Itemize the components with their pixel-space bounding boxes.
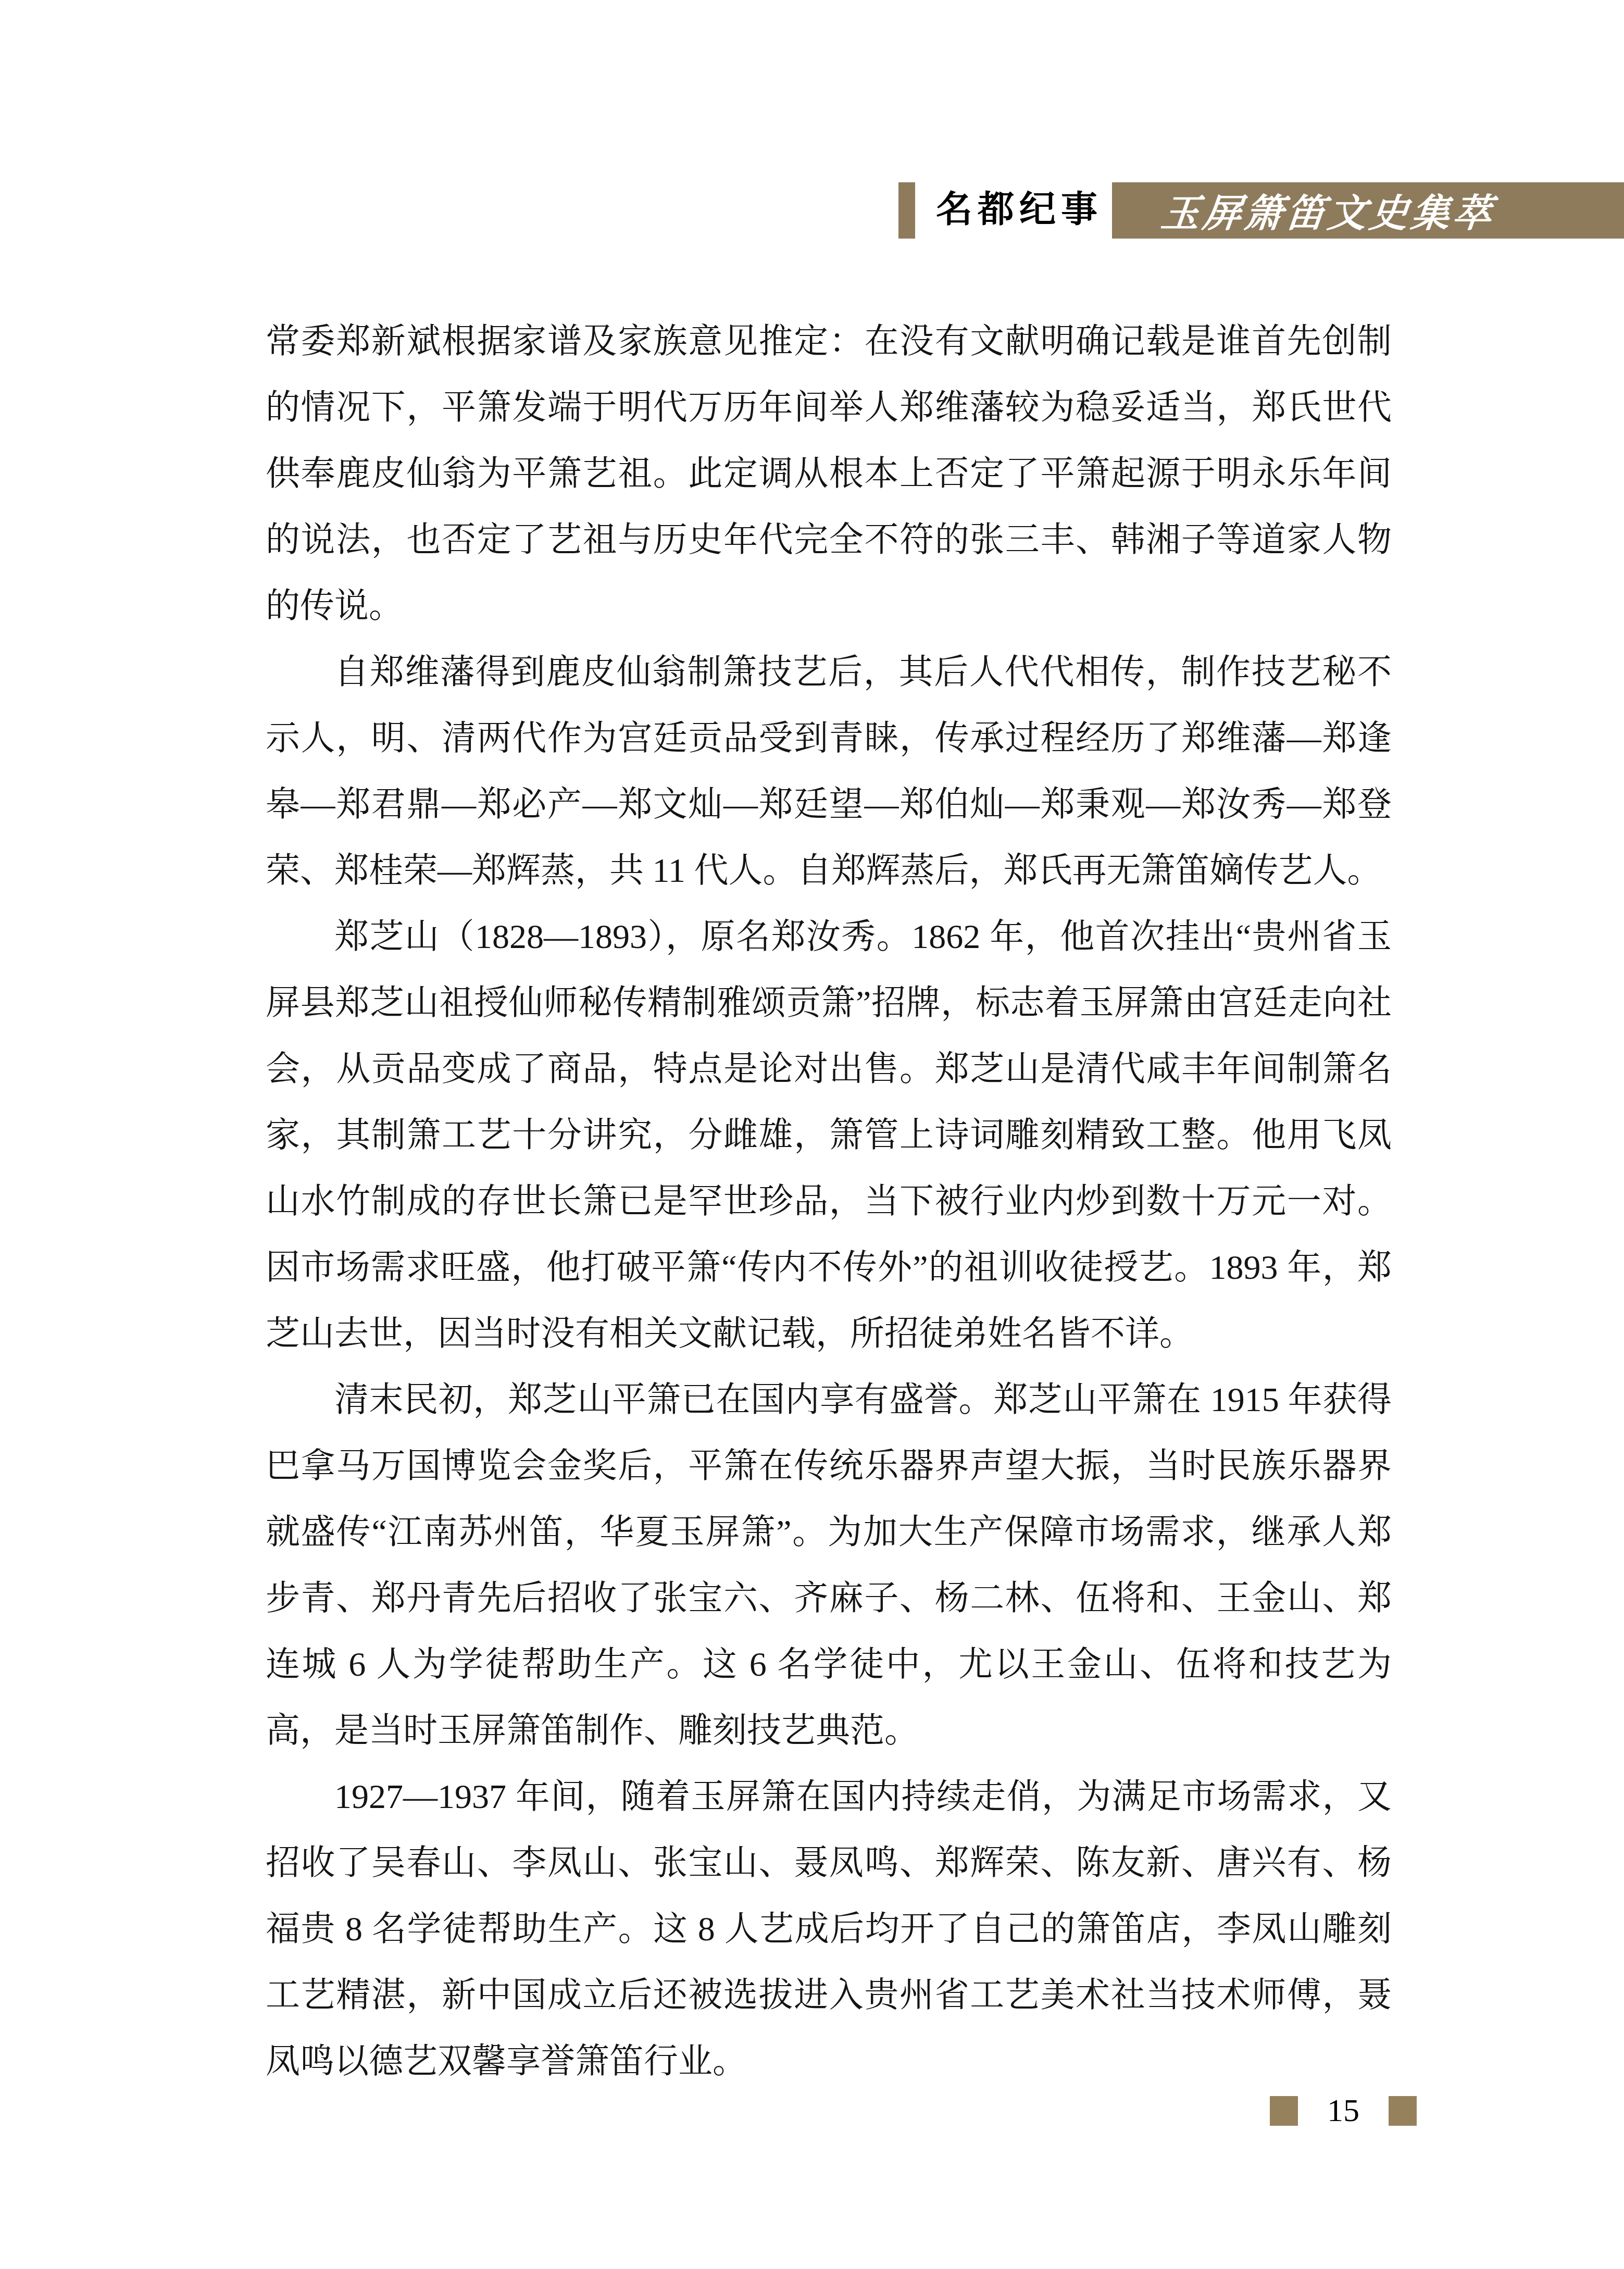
book-title-calligraphy: 玉屏箫笛文史集萃 bbox=[1112, 183, 1498, 238]
paragraph-4: 清末民初，郑芝山平箫已在国内享有盛誉。郑芝山平箫在 1915 年获得巴拿马万国博… bbox=[266, 1367, 1392, 1764]
paragraph-1: 常委郑新斌根据家谱及家族意见推定：在没有文献明确记载是谁首先创制的情况下，平箫发… bbox=[266, 308, 1392, 639]
paragraph-3: 郑芝山（1828—1893），原名郑汝秀。1862 年，他首次挂出“贵州省玉屏县… bbox=[266, 904, 1392, 1367]
page-footer: 15 bbox=[1270, 2096, 1417, 2126]
book-page: 名都纪事 玉屏箫笛文史集萃 常委郑新斌根据家谱及家族意见推定：在没有文献明确记载… bbox=[0, 0, 1624, 2269]
header-accent-bar bbox=[898, 182, 915, 239]
footer-square-right bbox=[1389, 2096, 1417, 2126]
book-title-banner: 玉屏箫笛文史集萃 bbox=[1112, 182, 1624, 239]
page-number: 15 bbox=[1327, 2096, 1359, 2126]
body-text: 常委郑新斌根据家谱及家族意见推定：在没有文献明确记载是谁首先创制的情况下，平箫发… bbox=[266, 308, 1392, 2095]
paragraph-2: 自郑维藩得到鹿皮仙翁制箫技艺后，其后人代代相传，制作技艺秘不示人，明、清两代作为… bbox=[266, 639, 1392, 904]
page-header: 名都纪事 玉屏箫笛文史集萃 bbox=[898, 182, 1624, 239]
footer-square-left bbox=[1270, 2096, 1298, 2126]
column-title: 名都纪事 bbox=[936, 182, 1103, 239]
paragraph-5: 1927—1937 年间，随着玉屏箫在国内持续走俏，为满足市场需求，又招收了吴春… bbox=[266, 1764, 1392, 2095]
